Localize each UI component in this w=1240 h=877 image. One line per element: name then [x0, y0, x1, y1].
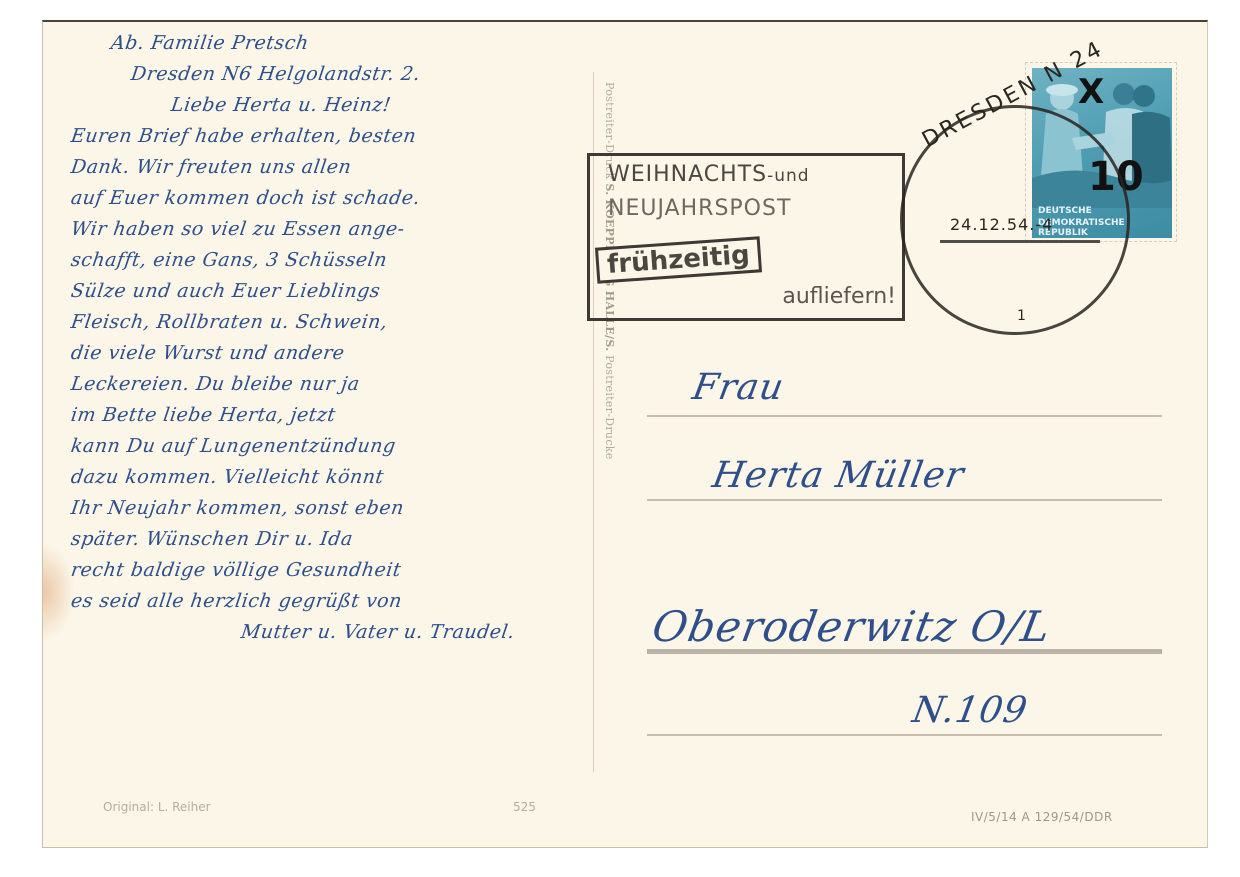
print-credit: Original: L. Reiher — [103, 800, 211, 814]
message-line: Fleisch, Rollbraten u. Schwein, — [69, 307, 593, 338]
address-salutation: Frau — [689, 367, 787, 408]
postmark-date: 24.12.54.-4 — [950, 215, 1053, 234]
slogan-line-4: aufliefern! — [782, 284, 896, 309]
print-number: 525 — [513, 800, 536, 814]
address-line-2 — [647, 499, 1162, 501]
address-line-4 — [647, 734, 1162, 736]
message-line: auf Euer kommen doch ist schade. — [69, 183, 593, 214]
message-line: Wir haben so viel zu Essen ange- — [69, 214, 593, 245]
slogan-line-2: NEUJAHRSPOST — [608, 196, 791, 221]
message-line: Mutter u. Vater u. Traudel. — [69, 617, 593, 648]
message-line: Ihr Neujahr kommen, sonst eben — [69, 493, 593, 524]
message-line: Dresden N6 Helgolandstr. 2. — [69, 59, 593, 90]
message-line: Sülze und auch Euer Lieblings — [69, 276, 593, 307]
slogan-cancellation: WEIHNACHTS-und NEUJAHRSPOST frühzeitig a… — [587, 153, 905, 321]
stamp-country-line-2: DEMOKRATISCHE REPUBLIK — [1038, 218, 1172, 238]
message-line: Euren Brief habe erhalten, besten — [69, 121, 593, 152]
stamp-design: X 10 DEUTSCHE DEMOKRATISCHE REPUBLIK — [1032, 68, 1172, 238]
address-name: Herta Müller — [709, 455, 967, 496]
stamp-overprint-x: X — [1078, 72, 1104, 112]
message-line: Leckereien. Du bleibe nur ja — [69, 369, 593, 400]
message-line: Dank. Wir freuten uns allen — [69, 152, 593, 183]
address-city: Oberoderwitz O/L — [649, 602, 1055, 651]
handwritten-message: Ab. Familie Pretsch Dresden N6 Helgoland… — [71, 28, 591, 648]
message-line: es seid alle herzlich gegrüßt von — [69, 586, 593, 617]
message-line: Liebe Herta u. Heinz! — [69, 90, 593, 121]
message-line: schafft, eine Gans, 3 Schüsseln — [69, 245, 593, 276]
message-line: kann Du auf Lungenentzündung — [69, 431, 593, 462]
message-line: im Bette liebe Herta, jetzt — [69, 400, 593, 431]
address-house-number: N.109 — [909, 690, 1031, 731]
publisher-code: IV/5/14 A 129/54/DDR — [971, 810, 1113, 824]
message-line: später. Wünschen Dir u. Ida — [69, 524, 593, 555]
message-line: recht baldige völlige Gesundheit — [69, 555, 593, 586]
message-line: die viele Wurst und andere — [69, 338, 593, 369]
message-line: Ab. Familie Pretsch — [69, 28, 593, 59]
slogan-line-1: WEIHNACHTS-und — [608, 162, 810, 187]
message-line: dazu kommen. Vielleicht könnt — [69, 462, 593, 493]
stamp-surcharge: 10 — [1088, 154, 1144, 200]
slogan-line-3: frühzeitig — [595, 236, 762, 283]
postmark-bar — [940, 240, 1100, 243]
postmark-number: 1 — [1017, 308, 1026, 324]
postcard: Ab. Familie Pretsch Dresden N6 Helgoland… — [42, 20, 1208, 848]
address-line-1 — [647, 415, 1162, 417]
